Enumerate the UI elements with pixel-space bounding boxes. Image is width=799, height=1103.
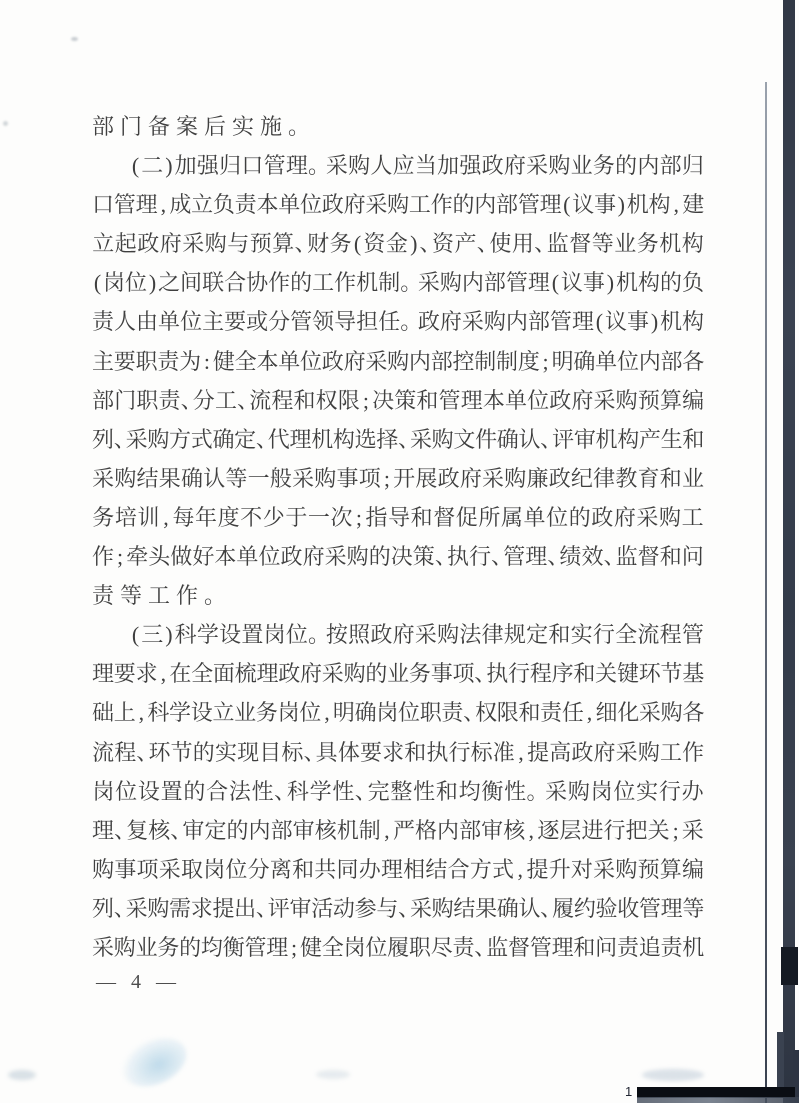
text-line: 采购结果确认等一般采购事项;开展政府采购廉政纪律教育和业	[92, 459, 704, 498]
scan-shadow-step	[777, 1032, 784, 1090]
text-line: 理、复核、审定的内部审核机制,严格内部审核,逐层进行把关;采	[92, 811, 704, 850]
text-line: 部门备案后实施。	[92, 107, 704, 146]
scan-shadow-corner	[793, 1050, 799, 1103]
text-line: (二)加强归口管理。采购人应当加强政府采购业务的内部归	[92, 146, 704, 185]
text-line: 列、采购需求提出、评审活动参与、采购结果确认、履约验收管理等	[92, 889, 704, 928]
scan-bottom-gray-strip	[637, 1097, 799, 1103]
scan-smudge	[316, 1070, 350, 1079]
scan-bottom-black-bar	[637, 1087, 795, 1098]
text-line: 口管理,成立负责本单位政府采购工作的内部管理(议事)机构,建	[92, 185, 704, 224]
scan-smudge	[642, 1069, 704, 1081]
text-line: 务培训,每年度不少于一次;指导和督促所属单位的政府采购工	[92, 498, 704, 537]
page-number: — 4 —	[96, 968, 181, 996]
text-line: 责人由单位主要或分管领导担任。政府采购内部管理(议事)机构	[92, 302, 704, 341]
text-line: 采购业务的均衡管理;健全岗位履职尽责、监督管理和问责追责机	[92, 928, 704, 967]
scan-corner-mark: 1	[625, 1085, 632, 1099]
scan-shadow-right-band	[783, 0, 795, 1103]
scan-speck	[3, 121, 8, 126]
text-line: 购事项采取岗位分离和共同办理相结合方式,提升对采购预算编	[92, 850, 704, 889]
scan-shadow-dark-patch	[781, 947, 798, 985]
text-line: 部门职责、分工、流程和权限;决策和管理本单位政府采购预算编	[92, 381, 704, 420]
text-line: (岗位)之间联合协作的工作机制。采购内部管理(议事)机构的负	[92, 263, 704, 302]
text-line: 理要求,在全面梳理政府采购的业务事项、执行程序和关键环节基	[92, 654, 704, 693]
text-line: 责等工作。	[92, 576, 704, 615]
scan-speck	[71, 37, 78, 41]
scan-smudge	[8, 1070, 36, 1080]
text-line: 岗位设置的合法性、科学性、完整性和均衡性。采购岗位实行办	[92, 772, 704, 811]
paragraph-indent	[92, 615, 130, 654]
text-line: 作;牵头做好本单位政府采购的决策、执行、管理、绩效、监督和问	[92, 537, 704, 576]
paragraph-indent	[92, 146, 130, 185]
text-line: 流程、环节的实现目标、具体要求和执行标准,提高政府采购工作	[92, 733, 704, 772]
text-line: (三)科学设置岗位。按照政府采购法律规定和实行全流程管	[92, 615, 704, 654]
scan-smudge	[114, 1028, 194, 1096]
scan-page-edge-line	[765, 82, 767, 1103]
text-line: 立起政府采购与预算、财务(资金)、资产、使用、监督等业务机构	[92, 224, 704, 263]
text-block: 部门备案后实施。(二)加强归口管理。采购人应当加强政府采购业务的内部归口管理,成…	[92, 107, 704, 967]
text-line: 主要职责为:健全本单位政府采购内部控制制度;明确单位内部各	[92, 342, 704, 381]
text-line: 列、采购方式确定、代理机构选择、采购文件确认、评审机构产生和	[92, 420, 704, 459]
scanned-document-page: 部门备案后实施。(二)加强归口管理。采购人应当加强政府采购业务的内部归口管理,成…	[0, 0, 799, 1103]
text-line: 础上,科学设立业务岗位,明确岗位职责、权限和责任,细化采购各	[92, 693, 704, 732]
